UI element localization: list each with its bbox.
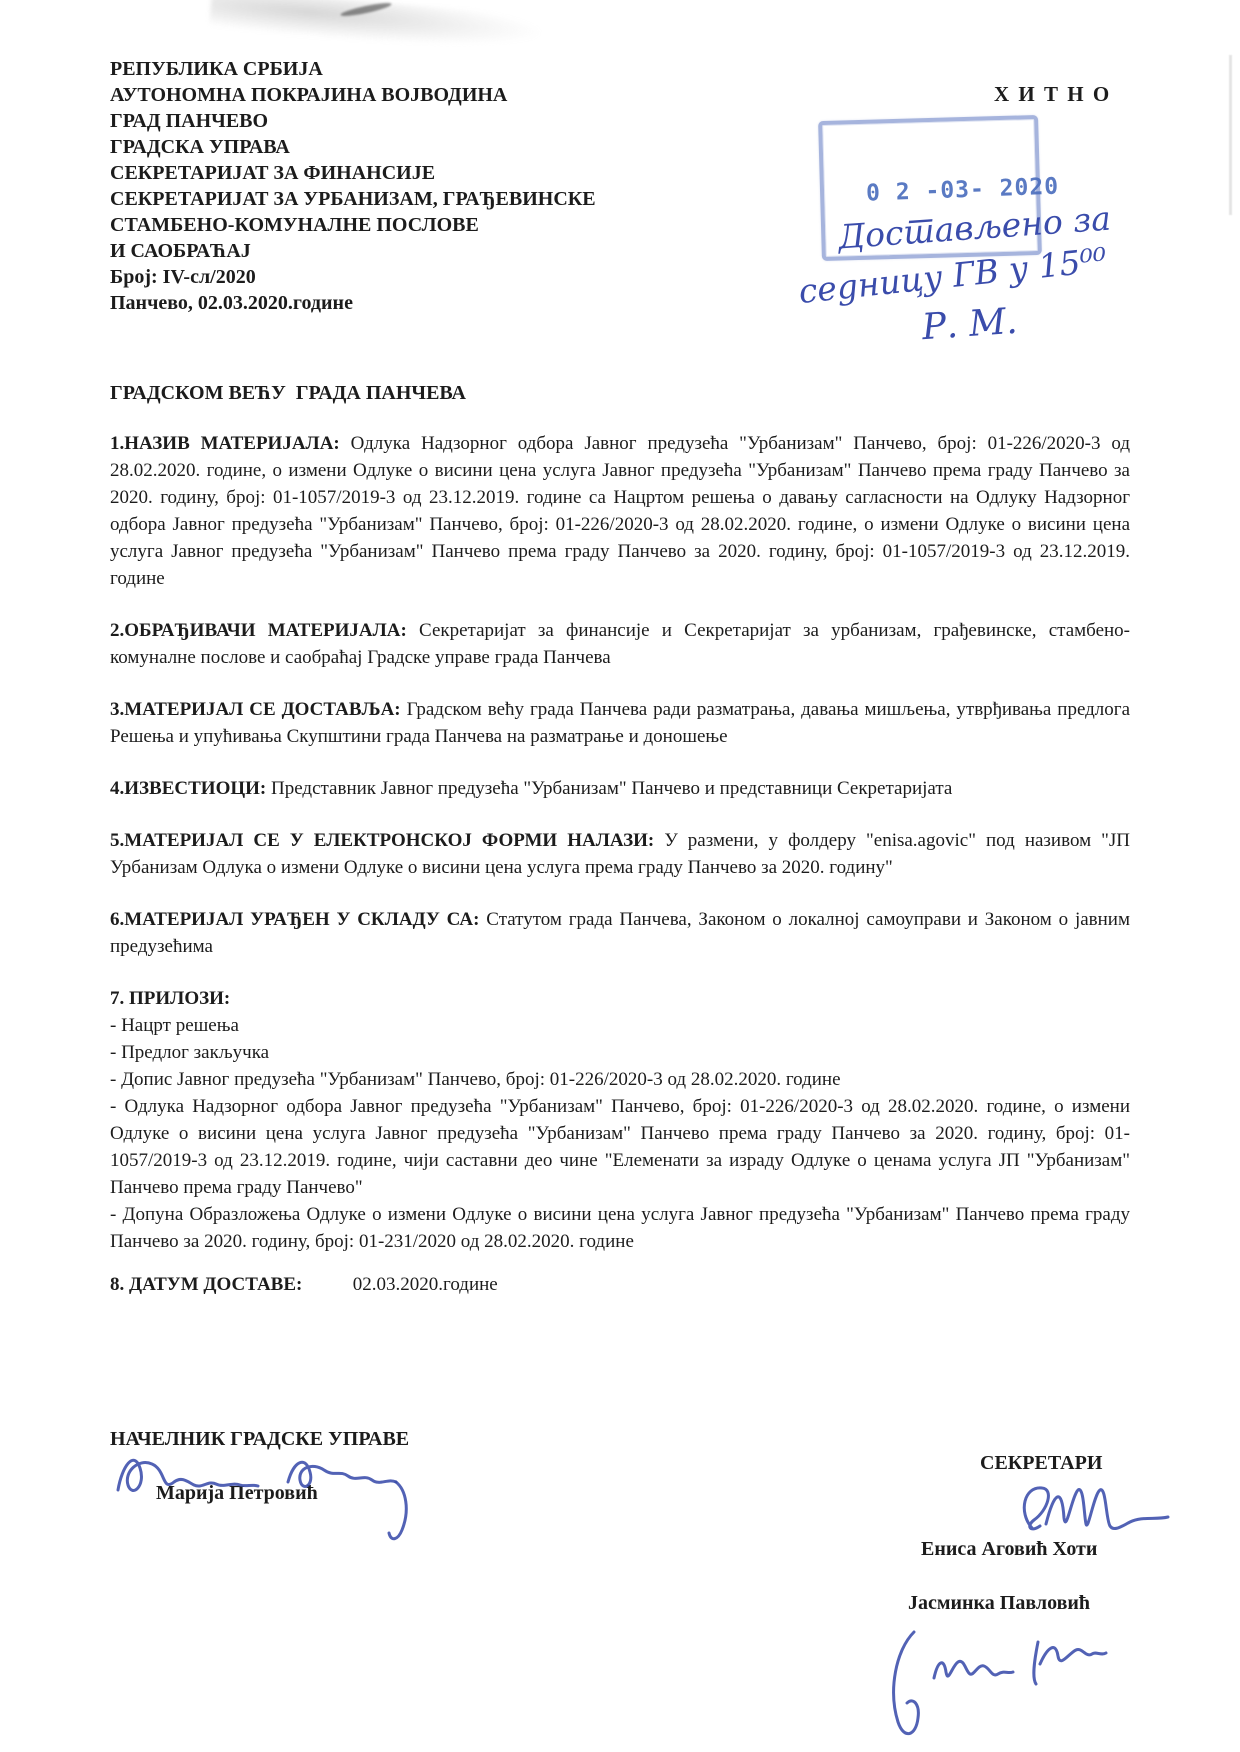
signature-enisa-agovic-hoti	[996, 1476, 1171, 1546]
section-label: 2.ОБРАЂИВАЧИ МАТЕРИЈАЛА:	[110, 620, 407, 641]
section-2-obradjivaci: 2.ОБРАЂИВАЧИ МАТЕРИЈАЛА: Секретаријат за…	[110, 617, 1130, 671]
right-signatory-name-2: Јасминка Павловић	[908, 1592, 1090, 1615]
letterhead-line: СЕКРЕТАРИЈАТ ЗА УРБАНИЗАМ, ГРАЂЕВИНСКЕ	[110, 186, 730, 212]
attachments-title: 7. ПРИЛОЗИ:	[110, 985, 1130, 1012]
attachment-item: - Предлог закључка	[110, 1039, 1130, 1066]
section-label: 4.ИЗВЕСТИОЦИ:	[110, 778, 266, 799]
delivery-label: 8. ДАТУМ ДОСТАВЕ:	[110, 1271, 348, 1298]
attachment-item: - Одлука Надзорног одбора Јавног предузе…	[110, 1093, 1130, 1201]
scan-edge-line	[1229, 55, 1232, 215]
urgent-label: Х И Т Н О	[994, 82, 1111, 107]
letterhead-line: АУТОНОМНА ПОКРАЈИНА ВОЈВОДИНА	[110, 82, 730, 108]
document-body: ГРАДСКОМ ВЕЋУ ГРАДА ПАНЧЕВА 1.НАЗИВ МАТЕ…	[110, 380, 1130, 1317]
section-label: 1.НАЗИВ МАТЕРИЈАЛА:	[110, 433, 340, 454]
section-text: Представник Јавног предузећа "Урбанизам"…	[271, 778, 952, 799]
attachment-item: - Нацрт решења	[110, 1012, 1130, 1039]
addressee-title: ГРАДСКОМ ВЕЋУ ГРАДА ПАНЧЕВА	[110, 380, 1130, 406]
right-signatory-title: СЕКРЕТАРИ	[980, 1452, 1102, 1475]
section-label: 5.МАТЕРИЈАЛ СЕ У ЕЛЕКТРОНСКОЈ ФОРМИ НАЛА…	[110, 830, 654, 851]
section-6-u-skladu-sa: 6.МАТЕРИЈАЛ УРАЂЕН У СКЛАДУ СА: Статутом…	[110, 906, 1130, 960]
letterhead-line: СЕКРЕТАРИЈАТ ЗА ФИНАНСИЈЕ	[110, 160, 730, 186]
section-label: 3.МАТЕРИЈАЛ СЕ ДОСТАВЉА:	[110, 699, 401, 720]
section-5-elektronska-forma: 5.МАТЕРИЈАЛ СЕ У ЕЛЕКТРОНСКОЈ ФОРМИ НАЛА…	[110, 827, 1130, 881]
section-text: Одлука Надзорног одбора Јавног предузећа…	[110, 433, 1130, 589]
section-label: 6.МАТЕРИЈАЛ УРАЂЕН У СКЛАДУ СА:	[110, 909, 479, 930]
signature-jasminka-pavlovic	[880, 1616, 1130, 1751]
letterhead-line: И САОБРАЋАЈ	[110, 238, 730, 264]
document-number: Број: IV-сл/2020	[110, 264, 730, 290]
document-page: РЕПУБЛИКА СРБИЈА АУТОНОМНА ПОКРАЈИНА ВОЈ…	[0, 0, 1240, 1752]
letterhead-line: РЕПУБЛИКА СРБИЈА	[110, 56, 730, 82]
delivery-date: 02.03.2020.године	[353, 1274, 498, 1295]
handwritten-initials: Р. М.	[921, 301, 1019, 349]
section-1-naziv-materijala: 1.НАЗИВ МАТЕРИЈАЛА: Одлука Надзорног одб…	[110, 430, 1130, 592]
section-8-datum-dostave: 8. ДАТУМ ДОСТАВЕ: 02.03.2020.године	[110, 1271, 1130, 1298]
stamp-date: 0 2 -03- 2020	[866, 174, 1060, 207]
letterhead-line: СТАМБЕНО-КОМУНАЛНЕ ПОСЛОВЕ	[110, 212, 730, 238]
section-4-izvestioci: 4.ИЗВЕСТИОЦИ: Представник Јавног предузе…	[110, 775, 1130, 802]
section-7-prilozi: 7. ПРИЛОЗИ: - Нацрт решења - Предлог зак…	[110, 985, 1130, 1255]
letterhead: РЕПУБЛИКА СРБИЈА АУТОНОМНА ПОКРАЈИНА ВОЈ…	[110, 56, 730, 316]
section-3-dostavlja: 3.МАТЕРИЈАЛ СЕ ДОСТАВЉА: Градском већу г…	[110, 696, 1130, 750]
letterhead-line: ГРАД ПАНЧЕВО	[110, 108, 730, 134]
attachment-item: - Допуна Образложења Одлуке о измени Одл…	[110, 1201, 1130, 1255]
place-and-date: Панчево, 02.03.2020.године	[110, 290, 730, 316]
letterhead-line: ГРАДСКА УПРАВА	[110, 134, 730, 160]
attachment-item: - Допис Јавног предузећа "Урбанизам" Пан…	[110, 1066, 1130, 1093]
signature-marija-petrovic	[112, 1438, 442, 1548]
